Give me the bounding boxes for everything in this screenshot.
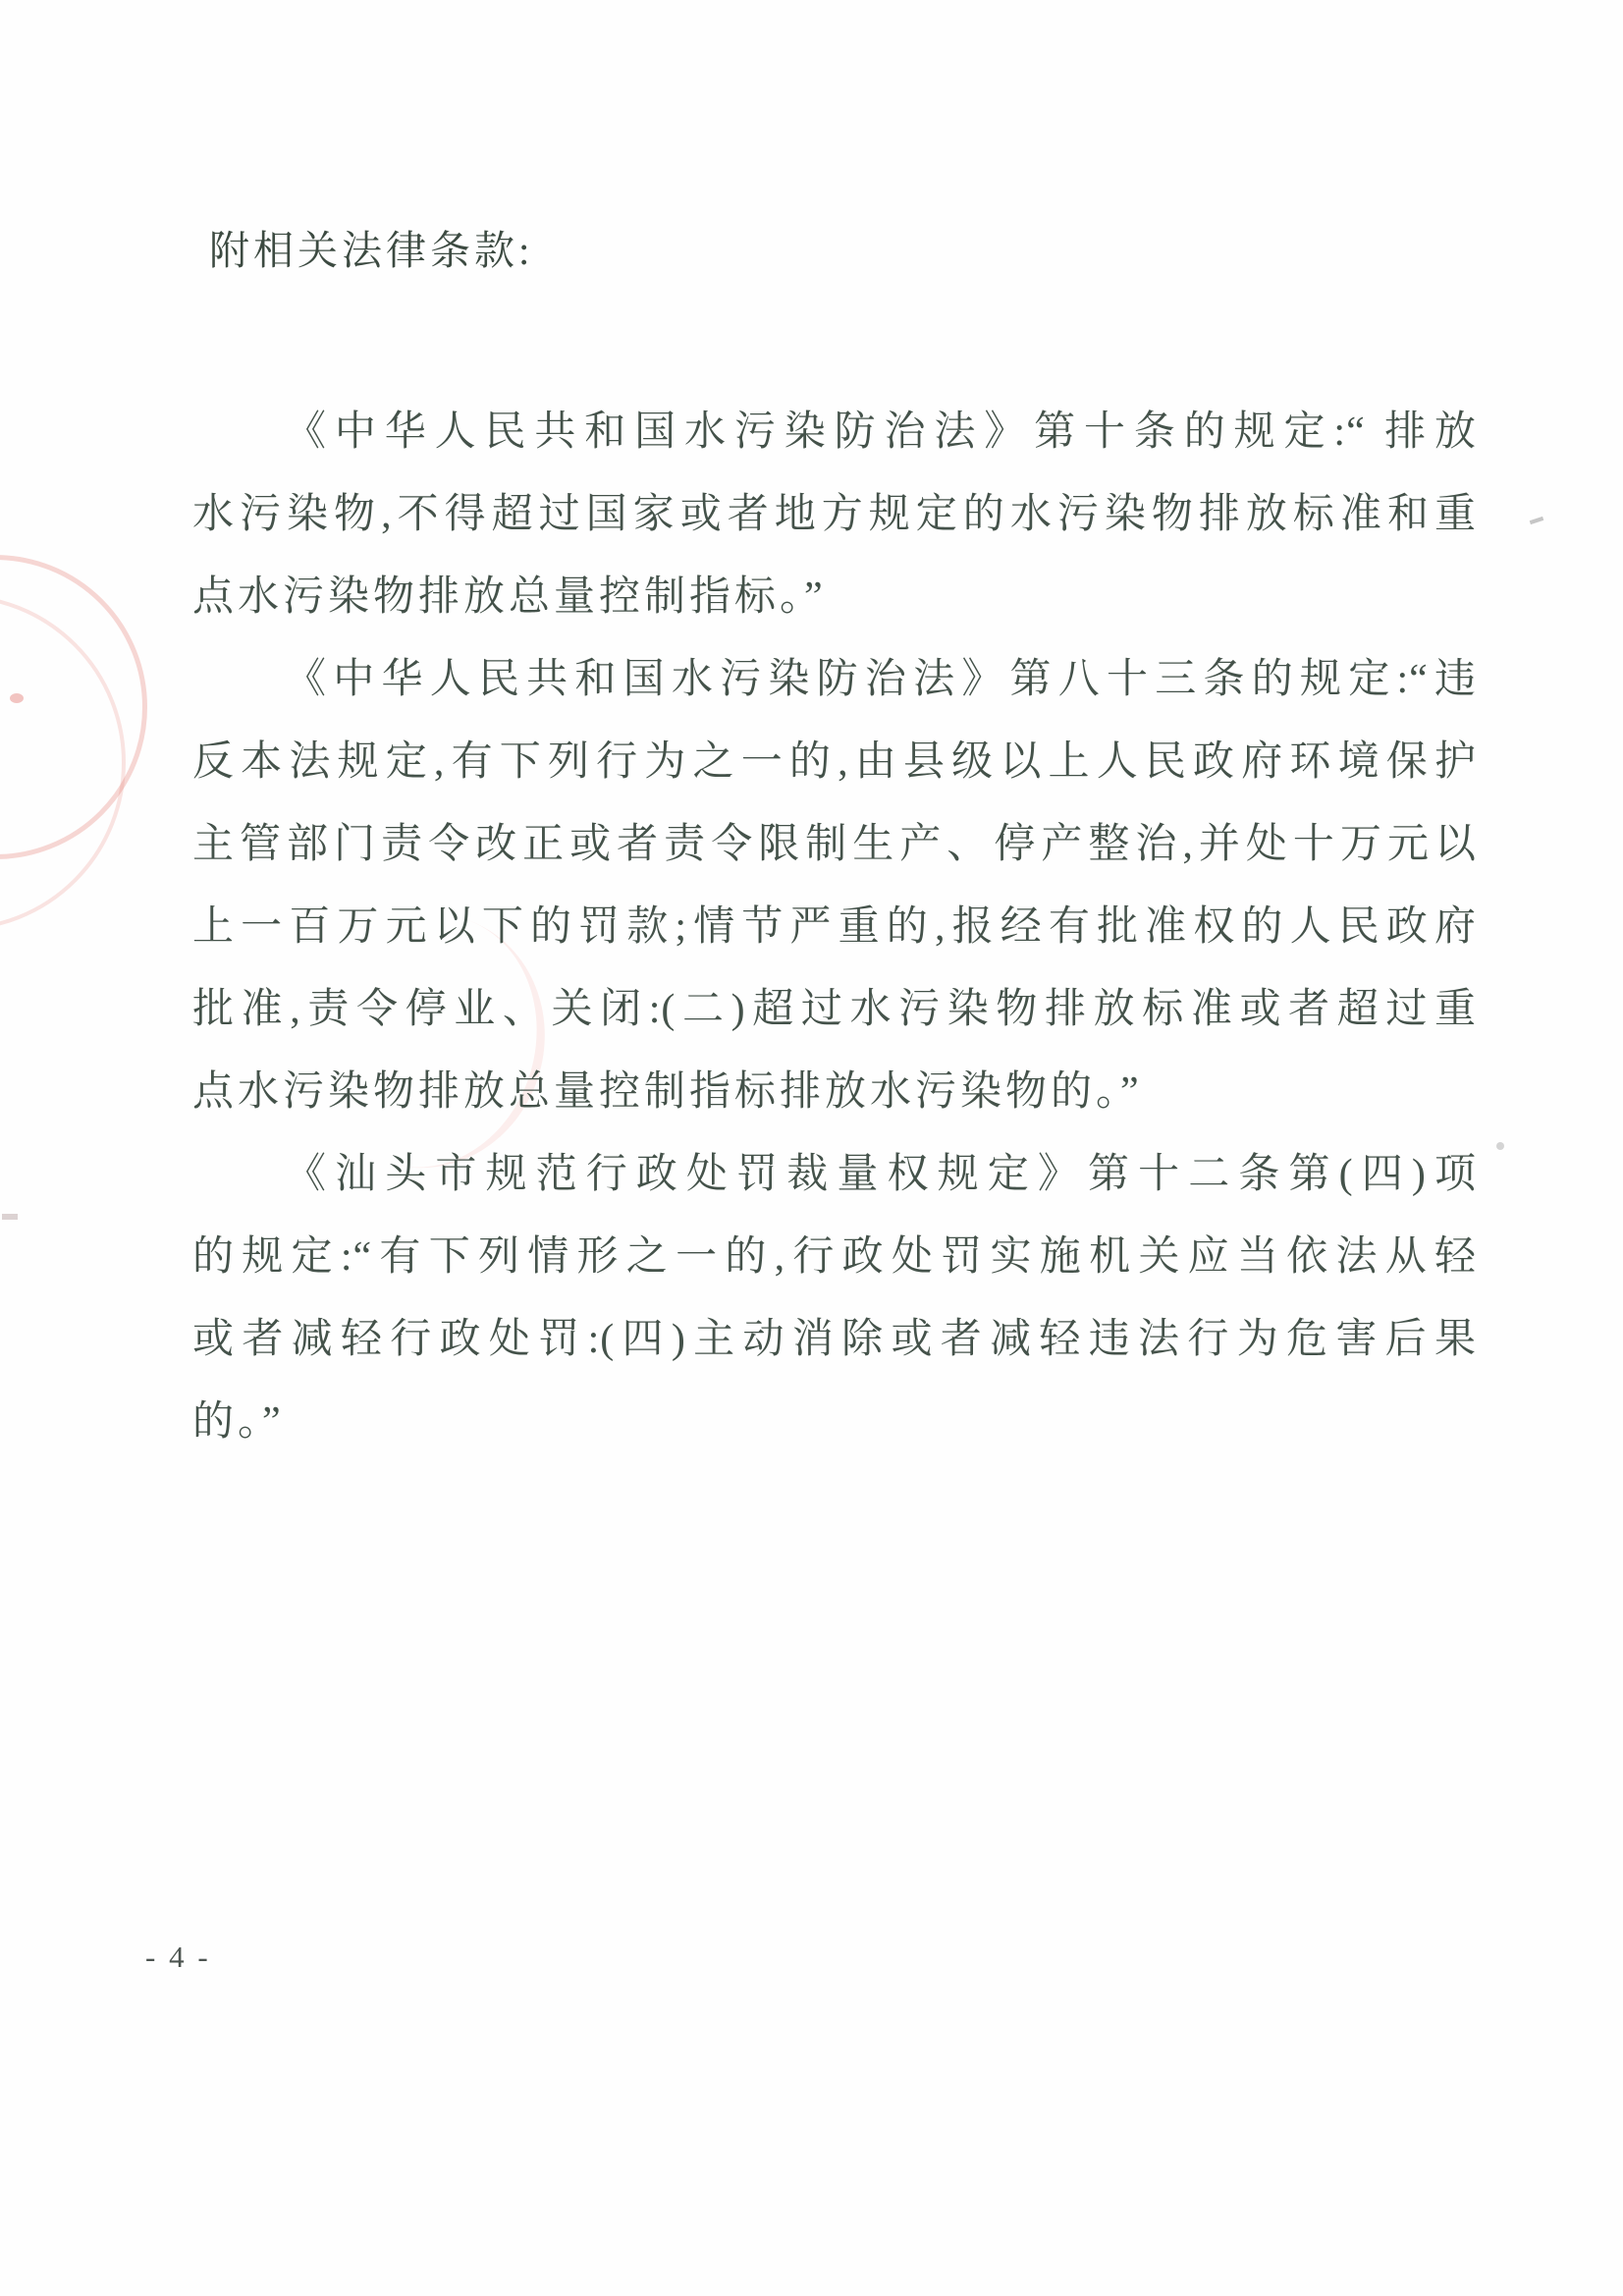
text-line: 点水污染物排放总量控制指标排放水污染物的。” [192,1051,1477,1133]
text-line: 《中华人民共和国水污染防治法》第八十三条的规定:“违 [192,638,1477,721]
text-line: 上一百万元以下的罚款;情节严重的,报经有批准权的人民政府 [192,886,1477,968]
paragraph-shantou-regulation: 《汕头市规范行政处罚裁量权规定》第十二条第(四)项 的规定:“有下列情形之一的,… [192,1133,1477,1463]
paragraph-law-article-10: 《中华人民共和国水污染防治法》第十条的规定:“ 排放 水污染物,不得超过国家或者… [192,391,1477,638]
document-heading: 附相关法律条款: [209,224,533,277]
text-line: 《汕头市规范行政处罚裁量权规定》第十二条第(四)项 [192,1133,1477,1216]
red-stamp-dot-icon [10,693,24,703]
scan-speck-icon [1496,1142,1504,1150]
document-body: 《中华人民共和国水污染防治法》第十条的规定:“ 排放 水污染物,不得超过国家或者… [192,391,1477,1463]
text-line: 点水污染物排放总量控制指标。” [192,556,1477,638]
text-line: 《中华人民共和国水污染防治法》第十条的规定:“ 排放 [192,391,1477,473]
page-number: - 4 - [145,1940,211,1975]
text-line: 的规定:“有下列情形之一的,行政处罚实施机关应当依法从轻 [192,1216,1477,1298]
paragraph-law-article-83: 《中华人民共和国水污染防治法》第八十三条的规定:“违 反本法规定,有下列行为之一… [192,638,1477,1133]
text-line: 的。” [192,1381,1477,1463]
scanned-document-page: 附相关法律条款: 《中华人民共和国水污染防治法》第十条的规定:“ 排放 水污染物… [0,0,1623,2296]
text-line: 主管部门责令改正或者责令限制生产、停产整治,并处十万元以 [192,803,1477,886]
text-line: 水污染物,不得超过国家或者地方规定的水污染物排放标准和重 [192,473,1477,556]
scan-speck-icon [2,1214,18,1220]
scan-speck-icon [1530,517,1544,524]
text-line: 或者减轻行政处罚:(四)主动消除或者减轻违法行为危害后果 [192,1298,1477,1381]
text-line: 批准,责令停业、关闭:(二)超过水污染物排放标准或者超过重 [192,968,1477,1051]
text-line: 反本法规定,有下列行为之一的,由县级以上人民政府环境保护 [192,721,1477,803]
